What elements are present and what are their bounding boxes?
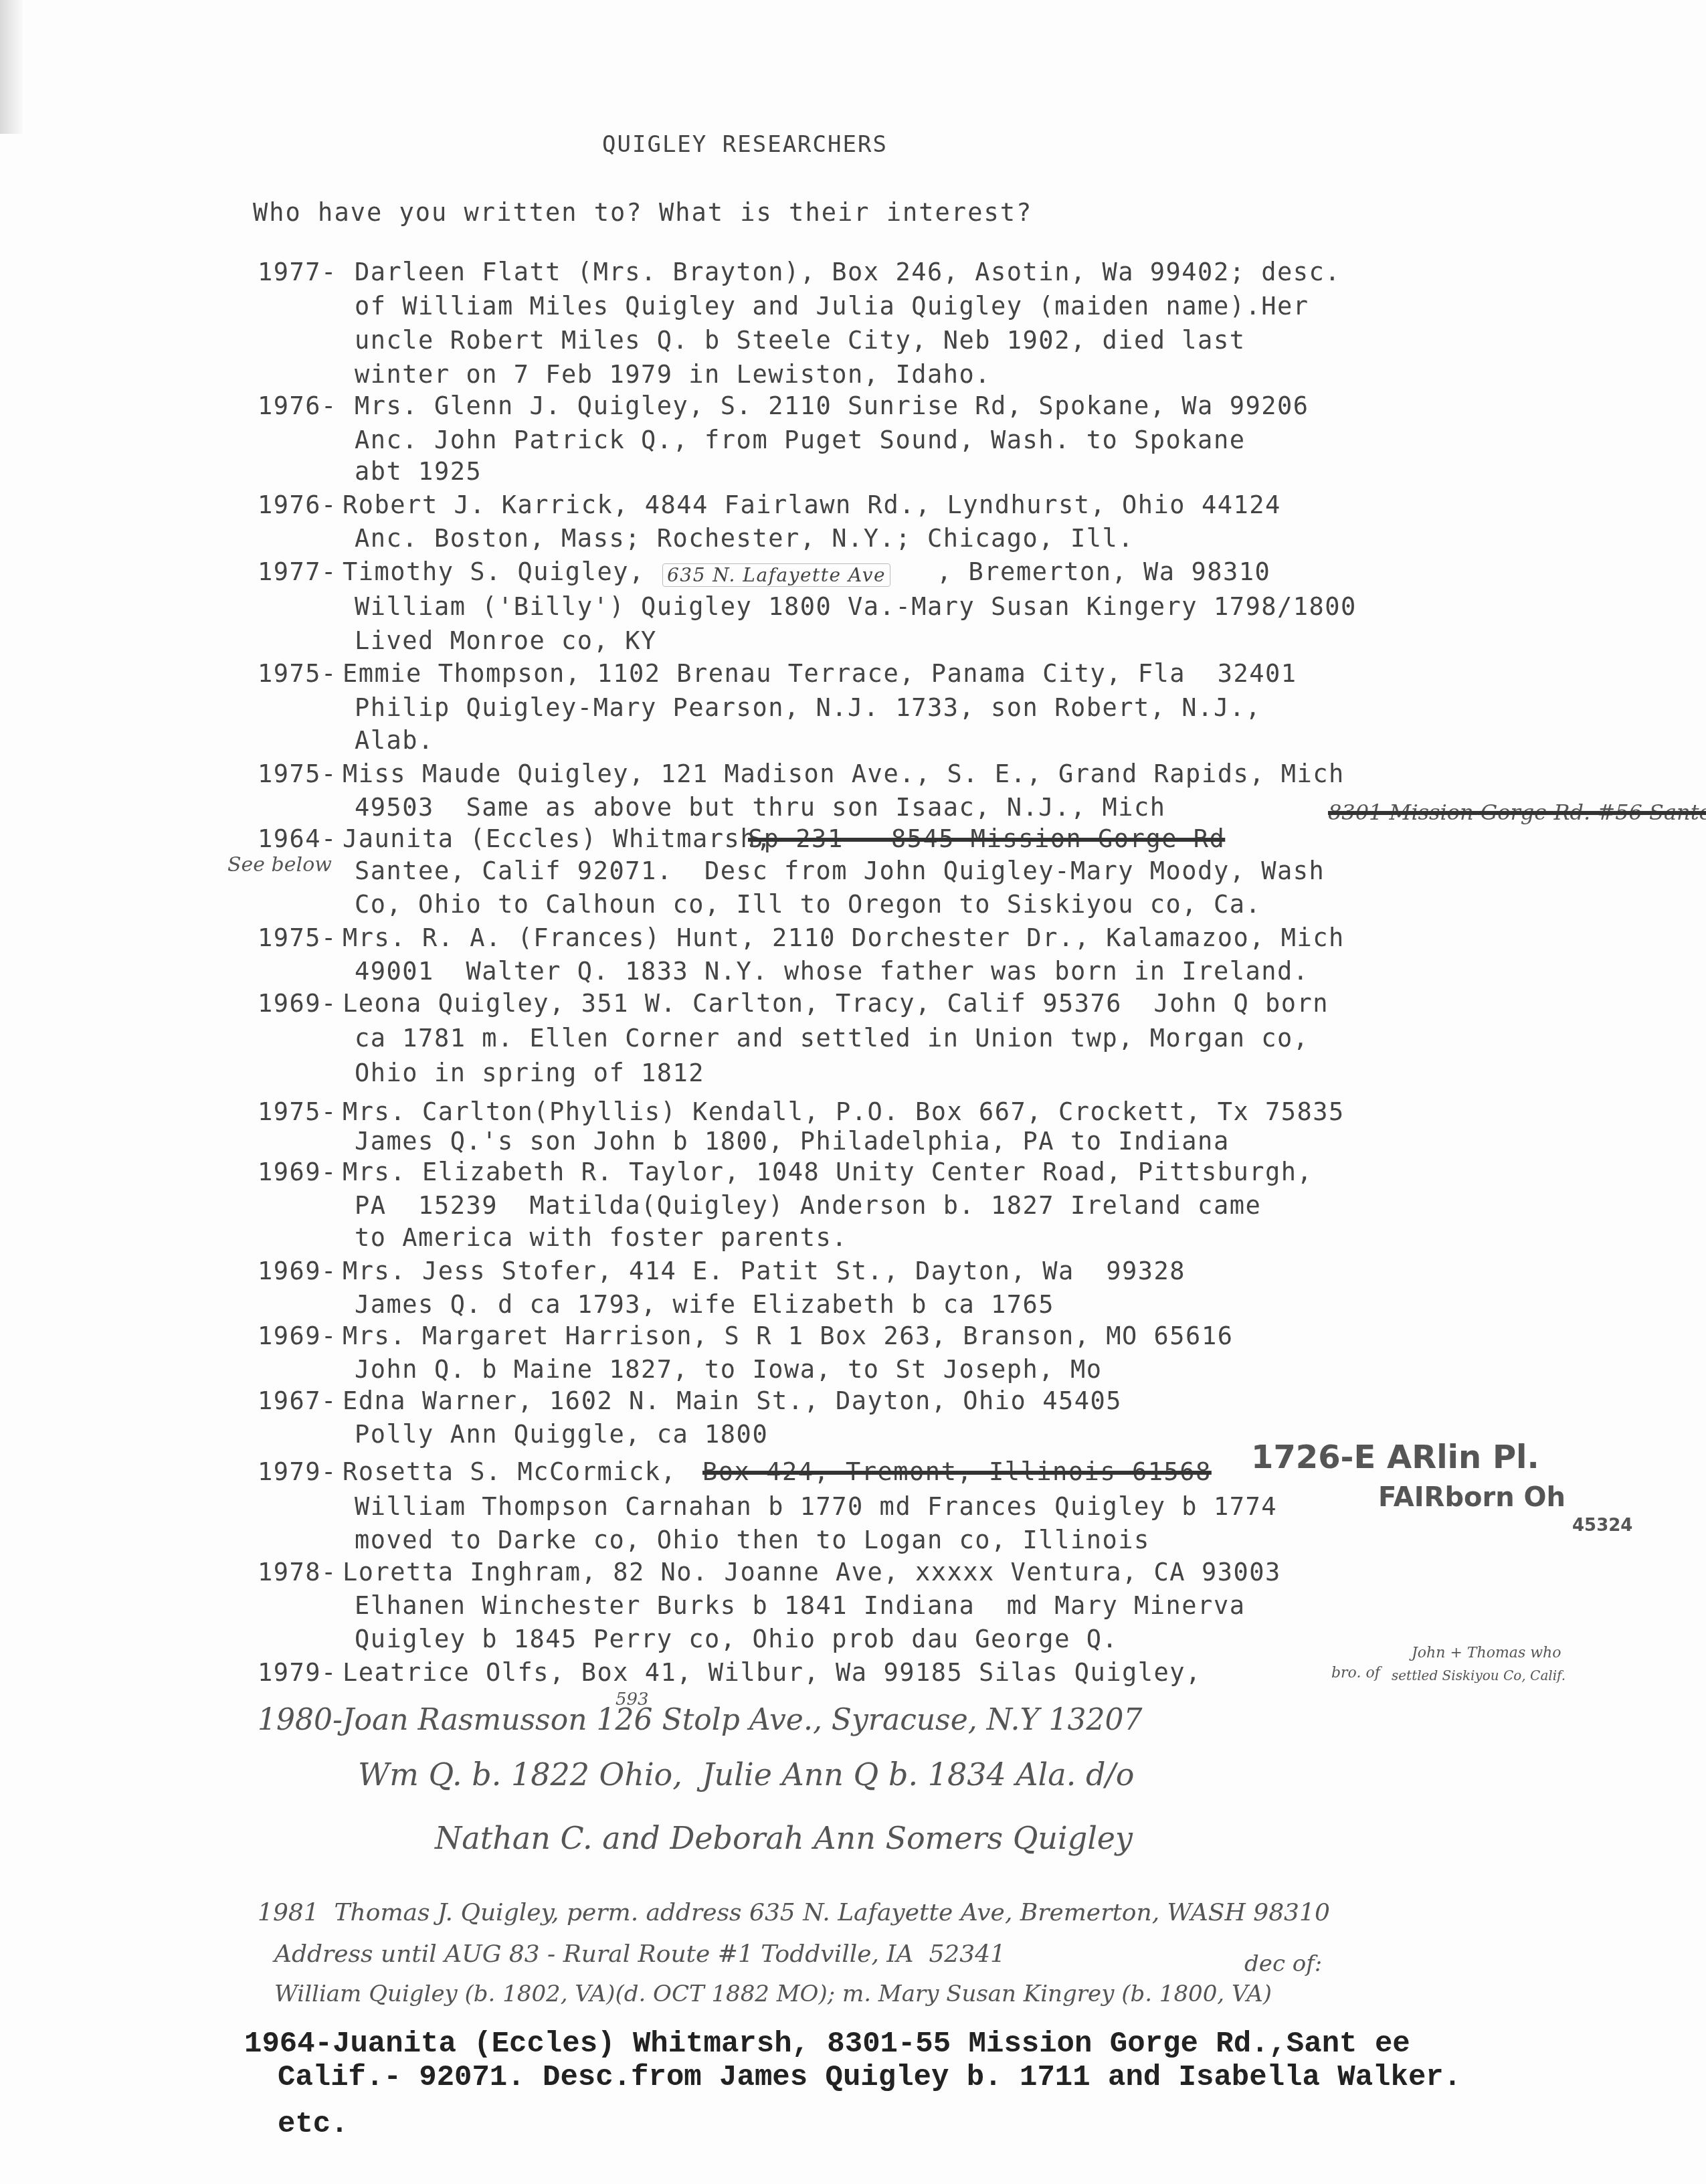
handwritten-note: settled Siskiyou Co, Calif. bbox=[1392, 1667, 1566, 1683]
entry-year: 1979- bbox=[258, 1658, 337, 1687]
entry-line: Mrs. Carlton(Phyllis) Kendall, P.O. Box … bbox=[343, 1097, 1345, 1126]
entry-line: 49503 Same as above but thru son Isaac, … bbox=[355, 793, 1166, 822]
margin-note: See below bbox=[227, 853, 332, 877]
entry-line: Mrs. R. A. (Frances) Hunt, 2110 Dorchest… bbox=[343, 923, 1345, 952]
entry-line: Anc. Boston, Mass; Rochester, N.Y.; Chic… bbox=[355, 524, 1134, 553]
entry-line: Edna Warner, 1602 N. Main St., Dayton, O… bbox=[343, 1386, 1122, 1415]
handwritten-new-address: 1726-E ARlin Pl. bbox=[1251, 1439, 1539, 1476]
entry-year: 1969- bbox=[258, 1322, 337, 1350]
entry-line: Jaunita (Eccles) Whitmarsh, bbox=[343, 824, 788, 853]
entry-line: Loretta Inghram, 82 No. Joanne Ave, xxxx… bbox=[343, 1558, 1281, 1586]
entry-year: 1967- bbox=[258, 1386, 337, 1415]
struck-address: Sp 231 - 8545 Mission Gorge Rd bbox=[748, 824, 1225, 853]
handwritten-new-city: FAIRborn Oh bbox=[1378, 1482, 1566, 1513]
handwritten-suffix: bro. of bbox=[1331, 1665, 1380, 1681]
entry-line: ca 1781 m. Ellen Corner and settled in U… bbox=[355, 1024, 1309, 1053]
entry-line: Darleen Flatt (Mrs. Brayton), Box 246, A… bbox=[355, 258, 1341, 286]
entry-line: Miss Maude Quigley, 121 Madison Ave., S.… bbox=[343, 759, 1345, 788]
entry-year: 1976- bbox=[258, 391, 337, 420]
entry-line: Anc. John Patrick Q., from Puget Sound, … bbox=[355, 426, 1245, 454]
handwritten-struck-address: 8301 Mission Gorge Rd. #56 Santee bbox=[1328, 800, 1706, 825]
entry-line: to America with foster parents. bbox=[355, 1223, 848, 1252]
page-stain bbox=[0, 0, 23, 134]
entry-line: Lived Monroe co, KY bbox=[355, 626, 657, 655]
entry-line: James Q. d ca 1793, wife Elizabeth b ca … bbox=[355, 1290, 1054, 1319]
entry-line: Polly Ann Quiggle, ca 1800 bbox=[355, 1420, 768, 1449]
handwritten-line: Address until AUG 83 - Rural Route #1 To… bbox=[274, 1940, 1006, 1968]
handwritten-new-zip: 45324 bbox=[1572, 1516, 1632, 1536]
entry-year: 1969- bbox=[258, 1158, 337, 1186]
entry-line: PA 15239 Matilda(Quigley) Anderson b. 18… bbox=[355, 1191, 1261, 1220]
entry-year: 1975- bbox=[258, 659, 337, 688]
handwritten-line: William Quigley (b. 1802, VA)(d. OCT 188… bbox=[274, 1981, 1272, 2007]
entry-line: Ohio in spring of 1812 bbox=[355, 1059, 704, 1087]
entry-line: of William Miles Quigley and Julia Quigl… bbox=[355, 292, 1309, 321]
entry-line: abt 1925 bbox=[355, 457, 482, 486]
handwritten-address-label: 635 N. Lafayette Ave bbox=[662, 559, 890, 587]
entry-line: Philip Quigley-Mary Pearson, N.J. 1733, … bbox=[355, 693, 1261, 722]
entry-year: 1979- bbox=[258, 1457, 337, 1486]
entry-line: Timothy S. Quigley, bbox=[343, 557, 645, 586]
entry-line: James Q.'s son John b 1800, Philadelphia… bbox=[355, 1127, 1230, 1156]
entry-year: 1975- bbox=[258, 923, 337, 952]
handwritten-note: John + Thomas who bbox=[1412, 1645, 1561, 1661]
entry-line: Mrs. Margaret Harrison, S R 1 Box 263, B… bbox=[343, 1322, 1233, 1350]
handwritten-line: 1981 Thomas J. Quigley, perm. address 63… bbox=[258, 1899, 1330, 1926]
entry-line: Robert J. Karrick, 4844 Fairlawn Rd., Ly… bbox=[343, 490, 1281, 519]
entry-line: moved to Darke co, Ohio then to Logan co… bbox=[355, 1526, 1150, 1554]
entry-line: Quigley b 1845 Perry co, Ohio prob dau G… bbox=[355, 1625, 1118, 1653]
entry-year: 1975- bbox=[258, 1097, 337, 1126]
entry-line: William ('Billy') Quigley 1800 Va.-Mary … bbox=[355, 592, 1357, 621]
handwritten-line: Nathan C. and Deborah Ann Somers Quigley bbox=[435, 1820, 1133, 1856]
entry-line: winter on 7 Feb 1979 in Lewiston, Idaho. bbox=[355, 360, 991, 389]
entry-line: 49001 Walter Q. 1833 N.Y. whose father w… bbox=[355, 957, 1309, 986]
entry-year: 1978- bbox=[258, 1558, 337, 1586]
entry-line: Rosetta S. McCormick, bbox=[343, 1457, 692, 1486]
entry-line: Leona Quigley, 351 W. Carlton, Tracy, Ca… bbox=[343, 989, 1329, 1018]
struck-address: Box 424, Tremont, Illinois 61568 bbox=[702, 1457, 1212, 1486]
final-entry-line: Calif.- 92071. Desc.from James Quigley b… bbox=[278, 2061, 1461, 2094]
handwritten-line: 1980-Joan Rasmusson 126 Stolp Ave., Syra… bbox=[258, 1703, 1142, 1737]
entry-year: 1969- bbox=[258, 989, 337, 1018]
entry-line: Mrs. Glenn J. Quigley, S. 2110 Sunrise R… bbox=[355, 391, 1309, 420]
entry-line: Mrs. Jess Stofer, 414 E. Patit St., Dayt… bbox=[343, 1257, 1186, 1285]
entry-year: 1976- bbox=[258, 490, 337, 519]
entry-line: , Bremerton, Wa 98310 bbox=[937, 557, 1270, 586]
entry-line: uncle Robert Miles Q. b Steele City, Neb… bbox=[355, 326, 1245, 355]
handwritten-line: Wm Q. b. 1822 Ohio, Julie Ann Q b. 1834 … bbox=[358, 1756, 1135, 1793]
final-entry-line: etc. bbox=[278, 2108, 349, 2141]
document-title: QUIGLEY RESEARCHERS bbox=[602, 131, 888, 158]
document-question: Who have you written to? What is their i… bbox=[253, 198, 1032, 227]
entry-year: 1969- bbox=[258, 1257, 337, 1285]
entry-year: 1977- bbox=[258, 557, 337, 586]
entry-line: Mrs. Elizabeth R. Taylor, 1048 Unity Cen… bbox=[343, 1158, 1313, 1186]
final-entry-line: 1964-Juanita (Eccles) Whitmarsh, 8301-55… bbox=[244, 2027, 1410, 2061]
entry-line: Alab. bbox=[355, 726, 434, 755]
entry-line: Emmie Thompson, 1102 Brenau Terrace, Pan… bbox=[343, 659, 1297, 688]
entry-year: 1975- bbox=[258, 759, 337, 788]
entry-line: Co, Ohio to Calhoun co, Ill to Oregon to… bbox=[355, 890, 1261, 919]
entry-line: Santee, Calif 92071. Desc from John Quig… bbox=[355, 856, 1325, 885]
entry-line: William Thompson Carnahan b 1770 md Fran… bbox=[355, 1492, 1277, 1521]
entry-year: 1964- bbox=[258, 824, 337, 853]
entry-line: Elhanen Winchester Burks b 1841 Indiana … bbox=[355, 1591, 1245, 1620]
handwritten-note: dec of: bbox=[1244, 1950, 1322, 1977]
entry-year: 1977- bbox=[258, 258, 337, 286]
entry-line: Leatrice Olfs, Box 41, Wilbur, Wa 99185 … bbox=[343, 1658, 1202, 1687]
document-page: QUIGLEY RESEARCHERS Who have you written… bbox=[0, 0, 1706, 2184]
entry-line: John Q. b Maine 1827, to Iowa, to St Jos… bbox=[355, 1355, 1102, 1384]
